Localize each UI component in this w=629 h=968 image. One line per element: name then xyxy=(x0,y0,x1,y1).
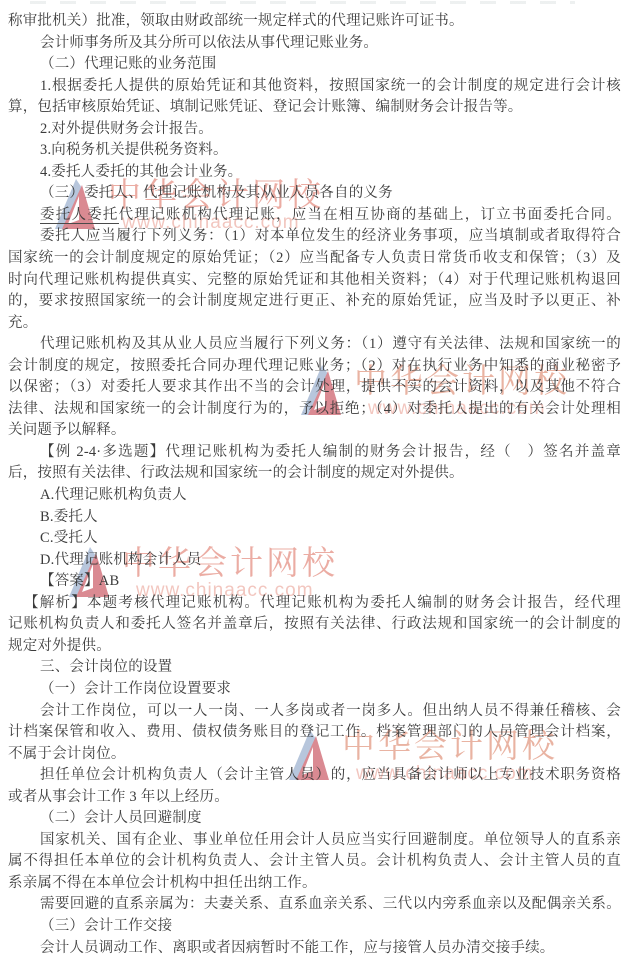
underlined-text: 委托人委托 xyxy=(40,207,119,225)
text-line: 充。 xyxy=(8,313,621,335)
document-page: 中华会计网校 www.chinaacc.com 中华会计网校 www.china… xyxy=(0,0,629,968)
text-line: 会计人员调动工作、离职或者因病暂时不能工作，应与接管人员办清交接手续。 xyxy=(8,938,621,960)
text-line: B.委托人 xyxy=(8,507,621,529)
document-lines: 称审批机关）批准，领取由财政部统一规定样式的代理记账许可证书。会计师事务所及其分… xyxy=(0,0,629,968)
text-line: 或者从事会计工作 3 年以上经历。 xyxy=(8,787,621,809)
text-line: 计档案保管和收入、费用、债权债务账目的登记工作。档案管理部门的人员管理会计档案， xyxy=(8,722,621,744)
text-line: 三、会计岗位的设置 xyxy=(8,657,621,679)
text-line: 1.根据委托人提供的原始凭证和其他资料，按照国家统一的会计制度的规定进行会计核 xyxy=(8,76,621,98)
text-line: 后，按照有关法律、行政法规和国家统一的会计制度的规定对外提供。 xyxy=(8,463,621,485)
text-line: 【解析】本题考核代理记账机构。代理记账机构为委托人编制的财务会计报告，经代理 xyxy=(8,593,621,615)
text-line: 关问题予以解释。 xyxy=(8,420,621,442)
text-line: 会计师事务所及其分所可以依法从事代理记账业务。 xyxy=(8,33,621,55)
text-line: 担任单位会计机构负责人（会计主管人员）的，应当具备会计师以上专业技术职务资格 xyxy=(8,765,621,787)
text-segment: 代理记账机构代理记账，应当在相互协商的基础上，订立书面委托合同。 xyxy=(119,207,621,223)
text-line: 系亲属不得在本单位会计机构中担任出纳工作。 xyxy=(8,873,621,895)
text-line: （一）会计工作岗位设置要求 xyxy=(8,679,621,701)
text-line: 算，包括审核原始凭证、填制记账凭证、登记会计账簿、编制财务会计报告等。 xyxy=(8,97,621,119)
text-line: 4.委托人委托的其他会计业务。 xyxy=(8,162,621,184)
text-line: 2.对外提供财务会计报告。 xyxy=(8,119,621,141)
text-line: 代理记账机构及其从业人员应当履行下列义务：（1）遵守有关法律、法规和国家统一的 xyxy=(8,334,621,356)
text-line: 以保密；（3）对委托人要求其作出不当的会计处理，提供不实的会计资料，以及其他不符… xyxy=(8,377,621,399)
text-line: 不属于会计岗位。 xyxy=(8,744,621,766)
text-line: 时向代理记账机构提供真实、完整的原始凭证和其他相关资料；（4）对于代理记账机构退… xyxy=(8,270,621,292)
text-line: C.受托人 xyxy=(8,528,621,550)
text-line: （三）会计工作交接 xyxy=(8,916,621,938)
text-line: 3.向税务机关提供税务资料。 xyxy=(8,140,621,162)
text-line: 规定对外提供。 xyxy=(8,636,621,658)
text-line: （三）委托人、代理记账机构及其从业人员各自的义务 xyxy=(8,183,621,205)
text-line: A.代理记账机构负责人 xyxy=(8,485,621,507)
text-line: 的，要求按照国家统一的会计制度规定进行更正、补充的原始凭证，应当及时予以更正、补 xyxy=(8,291,621,313)
text-line: 需要回避的直系亲属为：夫妻关系、直系血亲关系、三代以内旁系血亲以及配偶亲关系。 xyxy=(8,894,621,916)
text-line: 【答案】AB xyxy=(8,571,621,593)
text-line: 【例 2-4·多选题】代理记账机构为委托人编制的财务会计报告，经（ ）签名并盖章 xyxy=(8,442,621,464)
text-line: D.代理记账机构会计人员 xyxy=(8,550,621,572)
text-line: 法律、法规和国家统一的会计制度行为的，予以拒绝；（4）对委托人提出的有关会计处理… xyxy=(8,399,621,421)
text-line: 委托人委托代理记账机构代理记账，应当在相互协商的基础上，订立书面委托合同。 xyxy=(8,205,621,227)
text-line: 属不得担任本单位的会计机构负责人、会计主管人员。会计机构负责人、会计主管人员的直 xyxy=(8,851,621,873)
text-line: 记账机构负责人和委托人签名并盖章后，按照有关法律、行政法规和国家统一的会计制度的 xyxy=(8,614,621,636)
text-line: 国家机关、国有企业、事业单位任用会计人员应当实行回避制度。单位领导人的直系亲 xyxy=(8,830,621,852)
text-line: （二）代理记账的业务范围 xyxy=(8,54,621,76)
text-line: 会计工作岗位，可以一人一岗、一人多岗或者一岗多人。但出纳人员不得兼任稽核、会 xyxy=(8,701,621,723)
text-line: 会计制度的规定，按照委托合同办理代理记账业务；（2）对在执行业务中知悉的商业秘密… xyxy=(8,356,621,378)
text-line: （二）会计人员回避制度 xyxy=(8,808,621,830)
text-line: 称审批机关）批准，领取由财政部统一规定样式的代理记账许可证书。 xyxy=(8,11,621,33)
text-line: 国家统一的会计制度规定的原始凭证；（2）应当配备专人负责日常货币收支和保管；（3… xyxy=(8,248,621,270)
text-line: 委托人应当履行下列义务：（1）对本单位发生的经济业务事项，应当填制或者取得符合 xyxy=(8,226,621,248)
